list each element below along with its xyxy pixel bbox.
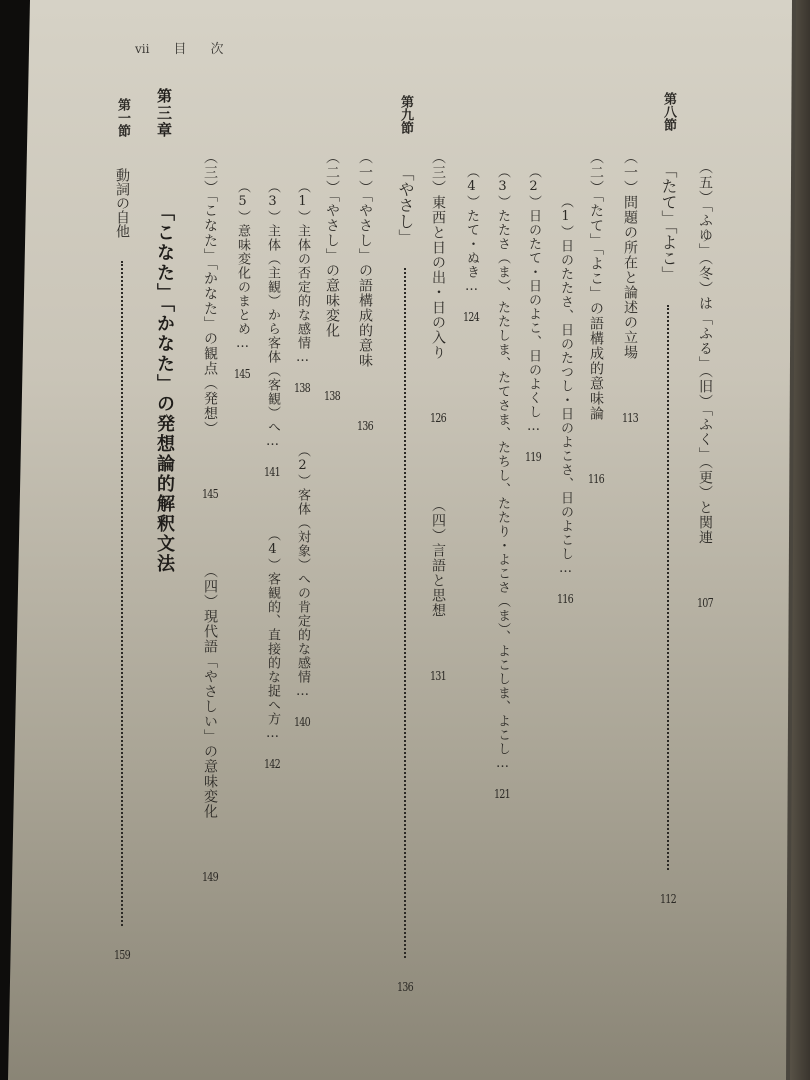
section-title: 「たて」「よこ」 bbox=[659, 162, 678, 282]
toc-entry-label: （1）日のたたさ、日のたつし・日のよこさ、日のよこし… bbox=[558, 195, 573, 577]
toc-entry-9-2-5: （5）意味変化のまとめ… 145 bbox=[232, 180, 252, 380]
page-number: 136 bbox=[397, 981, 413, 993]
toc-entry-8-3: （三）東西と日の出・日の入り 126 （四）言語と思想 131 bbox=[428, 150, 448, 682]
toc-entry-9-2-3: （3）主体（主観）から客体（客観）へ… 141 （4）客観的、直接的な捉へ方… … bbox=[262, 180, 282, 770]
toc-entry-9-1: （一）「やさし」の語構成的意味 136 bbox=[355, 150, 375, 432]
toc-entry-label: （一）問題の所在と論述の立場 bbox=[622, 150, 638, 360]
section-title: 動詞の自他 bbox=[114, 168, 130, 238]
page-number: 121 bbox=[494, 788, 510, 800]
toc-section-8: 第八節 「たて」「よこ」 112 bbox=[658, 92, 678, 905]
section-title: 「やさし」 bbox=[396, 165, 415, 245]
dot-leader bbox=[667, 305, 669, 870]
page-number: 159 bbox=[114, 949, 130, 961]
toc-entry-label: （四）言語と思想 bbox=[430, 498, 446, 618]
toc-entry-label: （3）主体（主観）から客体（客観）へ… bbox=[265, 180, 280, 450]
page-number: 116 bbox=[557, 593, 573, 605]
page-number: 107 bbox=[697, 597, 713, 609]
page-number: 149 bbox=[202, 871, 218, 883]
toc-entry-item-5: （五）「ふゆ」（冬）は「ふる」（旧）「ふく」（更）と関連 107 bbox=[695, 160, 715, 609]
toc-entry-label: （2）客体（対象）への肯定的な感情… bbox=[295, 444, 310, 700]
page-number: 140 bbox=[294, 716, 310, 728]
running-head-title-2: 次 bbox=[210, 38, 223, 57]
dot-leader bbox=[121, 261, 123, 926]
toc-entry-label: （2）日のたて・日のよこ、日のよくし… bbox=[526, 165, 541, 435]
toc-entry-8-1: （一）問題の所在と論述の立場 113 bbox=[620, 150, 640, 424]
toc-entry-label: （二）「やさし」の意味変化 bbox=[324, 150, 340, 338]
toc-entry-label: （3）たたさ（ま）、たたしま、たてさま、たちし、たたり・よこさ（ま）、よこしま、… bbox=[495, 165, 510, 772]
toc-entry-9-2: （二）「やさし」の意味変化 138 bbox=[322, 150, 342, 402]
page-number: 119 bbox=[525, 451, 541, 463]
toc-entry-label: （二）「たて」「よこ」の語構成的意味論 bbox=[588, 150, 604, 421]
section-number: 第一節 bbox=[115, 98, 130, 137]
toc-entry-9-2-1: （1）主体の否定的な感情… 138 （2）客体（対象）への肯定的な感情… 140 bbox=[292, 180, 312, 728]
toc-entry-8-2-1: （1）日のたたさ、日のたつし・日のよこさ、日のよこし… 116 bbox=[555, 195, 575, 605]
toc-entry-label: （五）「ふゆ」（冬）は「ふる」（旧）「ふく」（更）と関連 bbox=[697, 160, 713, 545]
toc-entry-label: （4）客観的、直接的な捉へ方… bbox=[265, 528, 280, 742]
page-number: 131 bbox=[430, 670, 446, 682]
page-number: 126 bbox=[430, 412, 446, 424]
chapter-number: 第三章 bbox=[155, 88, 173, 139]
toc-section-3-1: 第一節 動詞の自他 159 bbox=[112, 98, 132, 961]
toc-entry-9-3: （三）「こなた」「かなた」の観点（発想） 145 （四）現代語「やさしい」の意味… bbox=[200, 150, 220, 883]
page-edge-shadow bbox=[788, 0, 810, 1080]
toc-entry-label: （四）現代語「やさしい」の意味変化 bbox=[202, 564, 218, 819]
toc-entry-label: （三）「こなた」「かなた」の観点（発想） bbox=[202, 150, 218, 436]
toc-entry-8-2-2: （2）日のたて・日のよこ、日のよくし… 119 bbox=[523, 165, 543, 463]
running-head: vii 目 次 bbox=[135, 38, 224, 57]
toc-entry-8-2-4: （4）たて・ぬき… 124 bbox=[461, 165, 481, 323]
toc-entry-label: （1）主体の否定的な感情… bbox=[295, 180, 310, 366]
toc-entry-8-2-3: （3）たたさ（ま）、たたしま、たてさま、たちし、たたり・よこさ（ま）、よこしま、… bbox=[492, 165, 512, 800]
toc-entry-label: （4）たて・ぬき… bbox=[464, 165, 479, 295]
page-number: 145 bbox=[202, 488, 218, 500]
page-folio: vii bbox=[135, 42, 149, 56]
section-number: 第九節 bbox=[398, 95, 413, 134]
chapter-title: 「こなた」「かなた」の発想論的解釈文法 bbox=[154, 203, 175, 574]
toc-chapter-3: 第三章 「こなた」「かなた」の発想論的解釈文法 bbox=[155, 88, 173, 574]
page-number: 136 bbox=[357, 420, 373, 432]
page-number: 145 bbox=[234, 368, 250, 380]
page-number: 141 bbox=[264, 466, 280, 478]
page-number: 142 bbox=[264, 758, 280, 770]
toc-section-9: 第九節 「やさし」 136 bbox=[395, 95, 415, 993]
section-number: 第八節 bbox=[661, 92, 676, 131]
page-number: 113 bbox=[622, 412, 638, 424]
page-number: 124 bbox=[463, 311, 479, 323]
page-number: 112 bbox=[660, 893, 676, 905]
page-number: 138 bbox=[324, 390, 340, 402]
running-head-title-1: 目 bbox=[173, 38, 186, 57]
page-number: 138 bbox=[294, 382, 310, 394]
dot-leader bbox=[404, 268, 406, 958]
page-number: 116 bbox=[588, 473, 604, 485]
toc-entry-label: （一）「やさし」の語構成的意味 bbox=[357, 150, 373, 368]
toc-entry-label: （5）意味変化のまとめ… bbox=[235, 180, 250, 352]
toc-entry-8-2: （二）「たて」「よこ」の語構成的意味論 116 bbox=[586, 150, 606, 485]
toc-entry-label: （三）東西と日の出・日の入り bbox=[430, 150, 446, 360]
